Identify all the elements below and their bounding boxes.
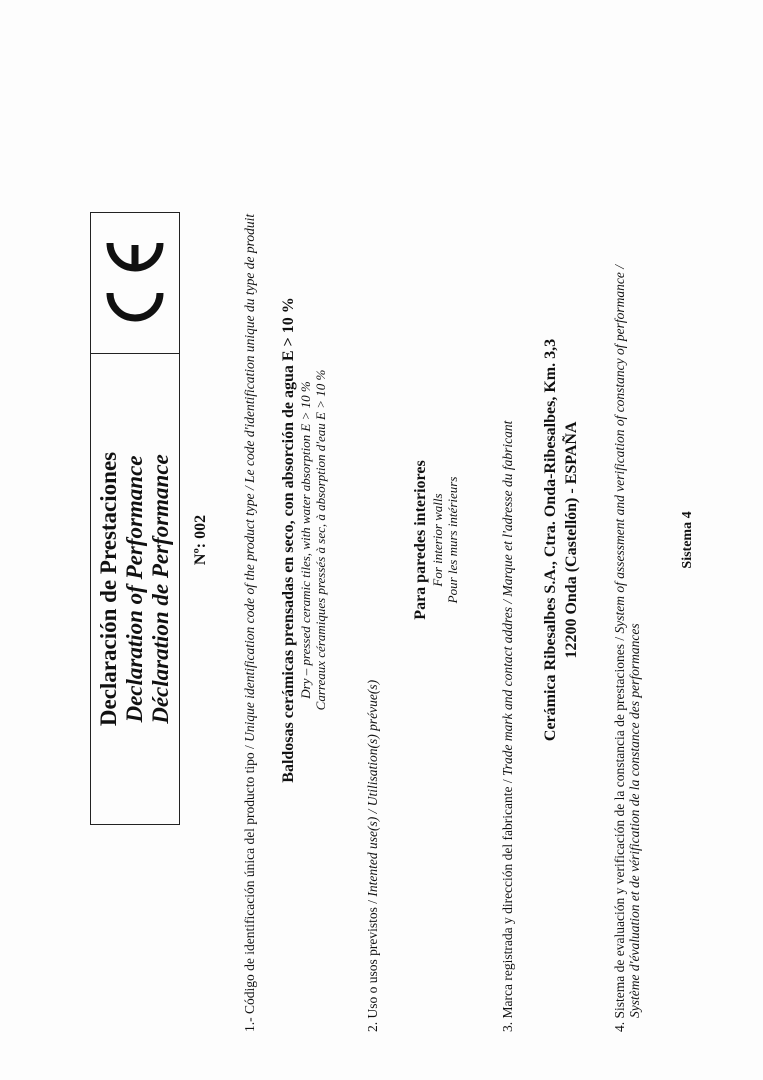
intended-use-es: Para paredes interiores: [412, 0, 430, 1080]
section2-label-en: Intented use(s) / Utilisation(s) prévue(…: [365, 680, 380, 897]
manufacturer-address: Cerámica Ribesalbes S.A., Ctra. Onda-Rib…: [540, 0, 582, 1080]
ce-mark-cell: [91, 213, 179, 353]
address-line1: Cerámica Ribesalbes S.A., Ctra. Onda-Rib…: [540, 0, 561, 1080]
address-line2: 12200 Onda (Castellón) - ESPAÑA: [561, 0, 582, 1080]
title-en: Declaration of Performance: [122, 456, 148, 723]
section1-label-fr: / Le code d'identification unique du typ…: [242, 214, 257, 490]
product-type-fr: Carreaux céramiques pressés à sec, à abs…: [313, 0, 328, 1080]
title-fr: Déclaration de Performance: [148, 454, 174, 724]
section3-label-fr: / Marque et l'adresse du fabricant: [500, 421, 515, 604]
section2-label-es: 2. Uso o usos previstos /: [365, 900, 380, 1032]
section4-label-es: 4. Sistema de evaluación y verificación …: [612, 637, 627, 1032]
section3-label-es: 3. Marca registrada y dirección del fabr…: [500, 779, 515, 1032]
section2-label: 2. Uso o usos previstos / Intented use(s…: [365, 680, 381, 1032]
section1-label-en: Unique identification code of the produc…: [242, 493, 257, 741]
intended-use-fr: Pour les murs intérieurs: [445, 0, 460, 1080]
declaration-number: Nº: 002: [192, 0, 210, 1080]
title-cell: Declaración de Prestaciones Declaration …: [91, 353, 179, 824]
ce-mark-icon: [104, 233, 166, 333]
section2-value: Para paredes interiores For interior wal…: [412, 0, 460, 1080]
section4-label-fr: Système d'évaluation et de vérification …: [627, 265, 642, 1032]
section4-label-en: System of assessment and verification of…: [612, 265, 627, 634]
section4-label: 4. Sistema de evaluación y verificación …: [612, 265, 642, 1032]
section3-label: 3. Marca registrada y dirección del fabr…: [500, 421, 516, 1032]
product-type-es: Baldosas cerámicas prensadas en seco, co…: [280, 0, 298, 1080]
title-box: Declaración de Prestaciones Declaration …: [90, 212, 180, 825]
declaration-page: Declaración de Prestaciones Declaration …: [0, 0, 763, 1080]
system-value: Sistema 4: [680, 0, 696, 1080]
section1-label-es: 1.- Código de identificación única del p…: [242, 745, 257, 1032]
product-type-en: Dry – pressed ceramic tiles, with water …: [298, 0, 313, 1080]
section1-label: 1.- Código de identificación única del p…: [242, 214, 258, 1032]
section3-label-en: Trade mark and contact addres: [500, 607, 515, 776]
section1-value: Baldosas cerámicas prensadas en seco, co…: [280, 0, 328, 1080]
title-es: Declaración de Prestaciones: [96, 452, 122, 726]
intended-use-en: For interior walls: [430, 0, 445, 1080]
